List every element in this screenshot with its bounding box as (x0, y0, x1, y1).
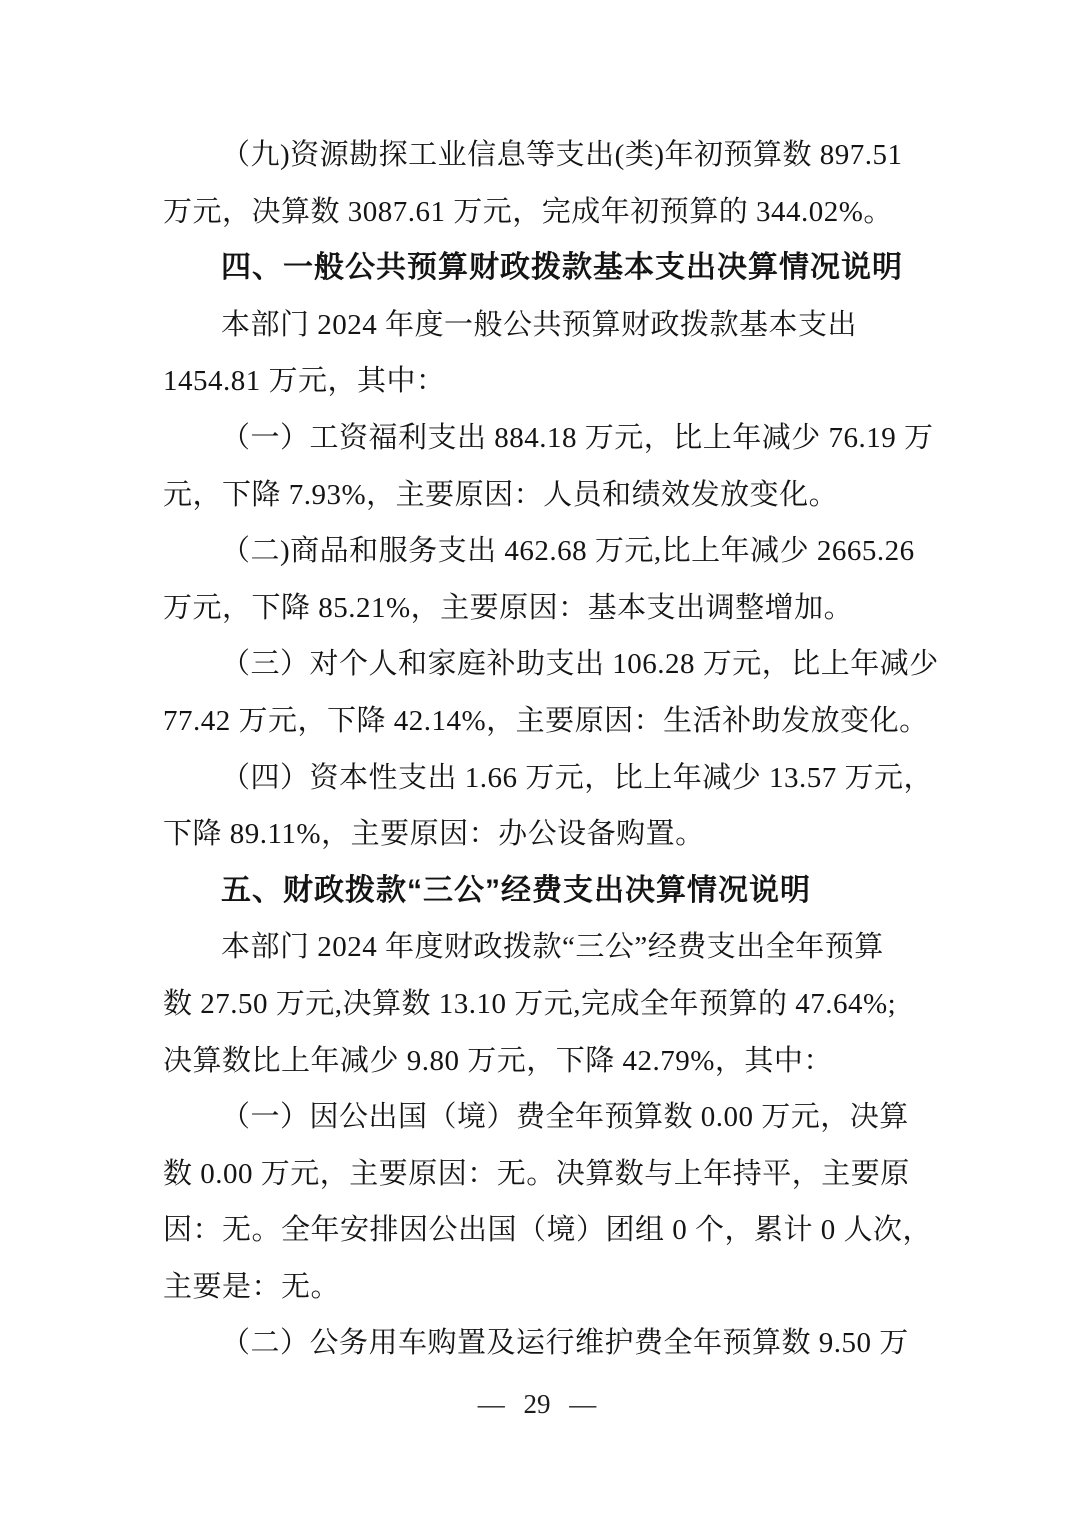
section-heading: 五、财政拨款“三公”经费支出决算情况说明 (163, 863, 919, 920)
text-line: 1454.81 万元，其中： (163, 353, 919, 410)
text-line: 主要是：无。 (163, 1259, 919, 1316)
text-line: （二）公务用车购置及运行维护费全年预算数 9.50 万 (163, 1315, 919, 1372)
text-line: （九)资源勘探工业信息等支出(类)年初预算数 897.51 (163, 127, 919, 184)
text-line: 下降 89.11%，主要原因：办公设备购置。 (163, 806, 919, 863)
text-line: 数 0.00 万元，主要原因：无。决算数与上年持平，主要原 (163, 1146, 919, 1203)
section-heading: 四、一般公共预算财政拨款基本支出决算情况说明 (163, 240, 919, 297)
text-line: 数 27.50 万元,决算数 13.10 万元,完成全年预算的 47.64%; (163, 976, 919, 1033)
text-line: 万元，下降 85.21%，主要原因：基本支出调整增加。 (163, 580, 919, 637)
page-number: — 29 — (0, 1389, 1074, 1420)
text-line: （二)商品和服务支出 462.68 万元,比上年减少 2665.26 (163, 523, 919, 580)
text-line: 本部门 2024 年度财政拨款“三公”经费支出全年预算 (163, 919, 919, 976)
text-line: （一）因公出国（境）费全年预算数 0.00 万元，决算 (163, 1089, 919, 1146)
text-line: 万元，决算数 3087.61 万元，完成年初预算的 344.02%。 (163, 184, 919, 241)
document-page: （九)资源勘探工业信息等支出(类)年初预算数 897.51万元，决算数 3087… (0, 0, 1074, 1520)
document-body: （九)资源勘探工业信息等支出(类)年初预算数 897.51万元，决算数 3087… (163, 127, 919, 1372)
text-line: 因：无。全年安排因公出国（境）团组 0 个，累计 0 人次， (163, 1202, 919, 1259)
text-line: （四）资本性支出 1.66 万元，比上年减少 13.57 万元， (163, 750, 919, 807)
text-line: （一）工资福利支出 884.18 万元，比上年减少 76.19 万 (163, 410, 919, 467)
text-line: 决算数比上年减少 9.80 万元，下降 42.79%，其中： (163, 1033, 919, 1090)
text-line: 77.42 万元，下降 42.14%，主要原因：生活补助发放变化。 (163, 693, 919, 750)
text-line: 元，下降 7.93%，主要原因：人员和绩效发放变化。 (163, 467, 919, 524)
text-line: （三）对个人和家庭补助支出 106.28 万元，比上年减少 (163, 636, 919, 693)
text-line: 本部门 2024 年度一般公共预算财政拨款基本支出 (163, 297, 919, 354)
